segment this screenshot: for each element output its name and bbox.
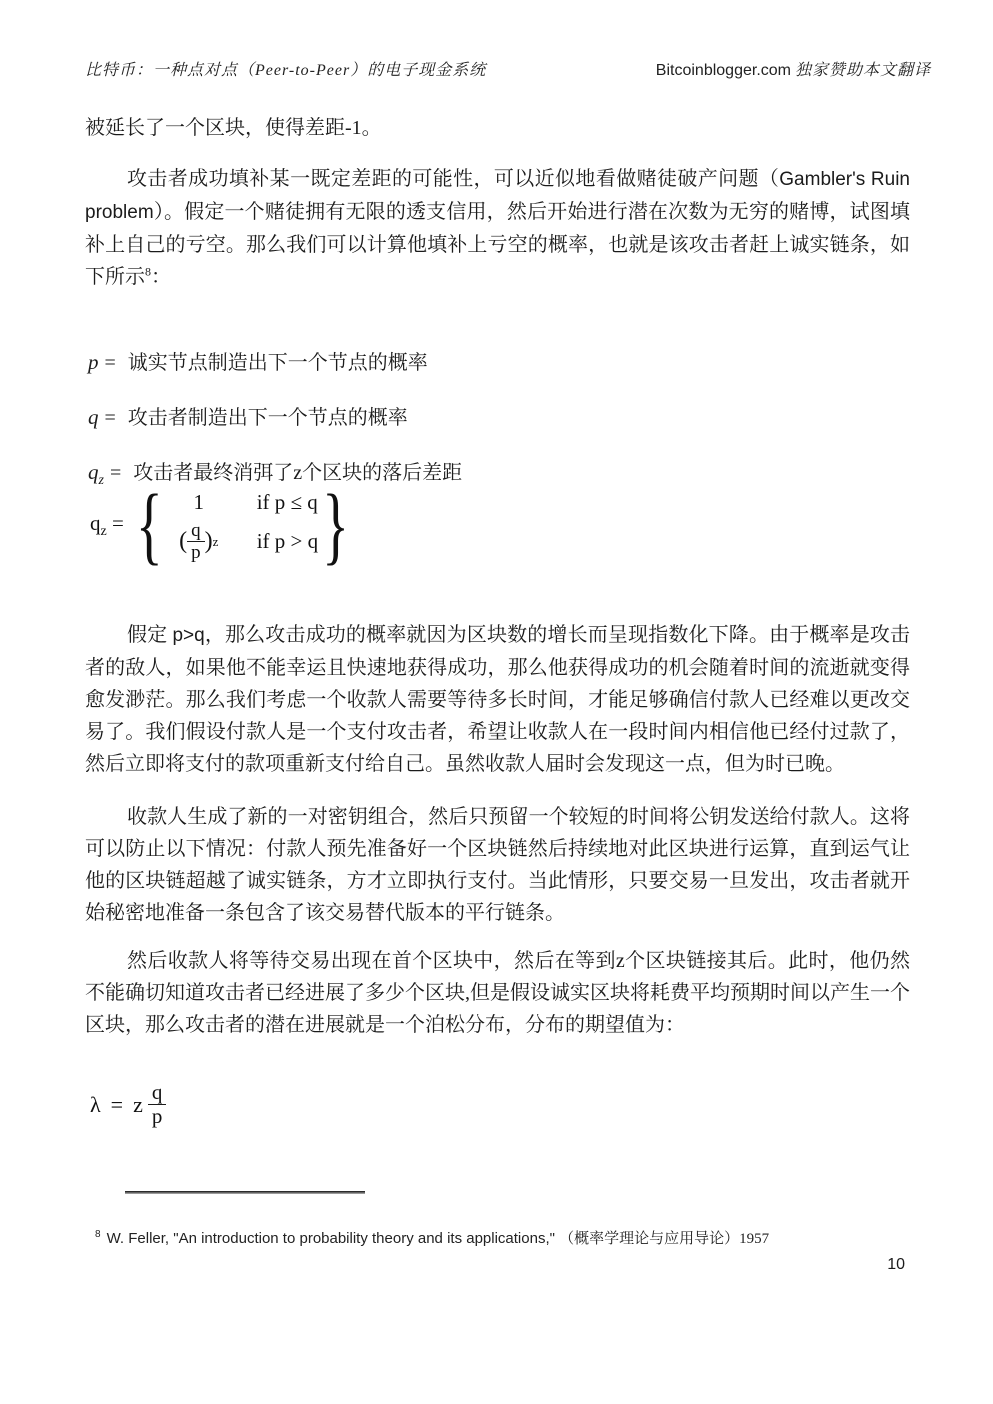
footnote-citation-en: W. Feller, "An introduction to probabili… bbox=[107, 1230, 555, 1247]
left-brace: { bbox=[134, 483, 165, 570]
open-paren: ( bbox=[179, 528, 187, 555]
fraction-numerator: q bbox=[187, 521, 205, 542]
case-1-value: 1 bbox=[167, 490, 231, 515]
footnote-separator bbox=[125, 1191, 365, 1194]
math-subscript-z: z bbox=[99, 473, 104, 488]
case-row-2: (qp)z if p > q bbox=[167, 521, 318, 562]
definition-qz-text: 攻击者最终消弭了z个区块的落后差距 bbox=[133, 462, 462, 484]
piecewise-lhs: qz = bbox=[90, 511, 124, 540]
paragraph-gamblers-ruin-zh2: ）。假定一个赌徒拥有无限的透支信用，然后开始进行潜在次数为无穷的赌博，试图填补上… bbox=[85, 201, 910, 288]
paragraph-gamblers-ruin-zh1: 攻击者成功填补某一既定差距的可能性，可以近似地看做赌徒破产问题（ bbox=[127, 168, 779, 190]
fraction-denominator: p bbox=[191, 542, 201, 562]
paragraph-gamblers-ruin: 攻击者成功填补某一既定差距的可能性，可以近似地看做赌徒破产问题（Gambler'… bbox=[85, 163, 910, 293]
page-header: 比特币：一种点对点（Peer-to-Peer）的电子现金系统 Bitcoinbl… bbox=[85, 60, 931, 82]
document-page: 比特币：一种点对点（Peer-to-Peer）的电子现金系统 Bitcoinbl… bbox=[0, 0, 993, 1404]
paragraph-exponential-zh1: 假定 bbox=[127, 624, 172, 646]
lambda-formula: λ = z qp bbox=[90, 1082, 166, 1127]
fraction-numerator: q bbox=[148, 1082, 167, 1105]
paragraph-recipient-keypair: 收款人生成了新的一对密钥组合，然后只预留一个较短的时间将公钥发送给付款人。这将可… bbox=[85, 801, 910, 929]
definition-p-text: 诚实节点制造出下一个节点的概率 bbox=[128, 352, 428, 374]
definition-p: p=诚实节点制造出下一个节点的概率 bbox=[88, 350, 462, 383]
paragraph-gamblers-ruin-tail: ： bbox=[151, 266, 171, 288]
header-sponsor-text: 独家赞助本文翻译 bbox=[795, 62, 931, 79]
math-symbol-p: p bbox=[88, 350, 99, 374]
page-number: 10 bbox=[887, 1256, 905, 1274]
right-brace: } bbox=[320, 483, 351, 570]
paragraph-exponential-decline: 假定 p>q，那么攻击成功的概率就因为区块数的增长而呈现指数化下降。由于概率是攻… bbox=[85, 619, 910, 780]
math-subscript-z: z bbox=[101, 525, 107, 540]
paragraph-exponential-zh2: ，那么攻击成功的概率就因为区块数的增长而呈现指数化下降。由于概率是攻击者的敌人，… bbox=[85, 624, 910, 775]
equals-sign: = bbox=[110, 462, 121, 484]
footnote-citation-zh: （概率学理论与应用导论）1957 bbox=[559, 1231, 769, 1247]
case-2-condition: if p > q bbox=[257, 529, 318, 554]
case-2-value: (qp)z bbox=[167, 521, 231, 562]
fraction-denominator: p bbox=[152, 1105, 163, 1127]
footnote-8: 8W. Feller, "An introduction to probabil… bbox=[95, 1224, 908, 1250]
footnote-number: 8 bbox=[95, 1229, 101, 1240]
case-1-condition: if p ≤ q bbox=[257, 490, 318, 515]
piecewise-formula: qz = { 1 if p ≤ q (qp)z if p > q } bbox=[90, 490, 351, 562]
paragraph-continuation: 被延长了一个区块，使得差距-1。 bbox=[85, 112, 910, 144]
equals-sign: = bbox=[112, 511, 124, 535]
fraction-q-over-p: qp bbox=[148, 1082, 167, 1127]
header-sponsor: Bitcoinblogger.com 独家赞助本文翻译 bbox=[656, 60, 931, 82]
math-coefficient-z: z bbox=[133, 1092, 143, 1118]
math-symbol-lambda: λ bbox=[90, 1092, 101, 1118]
equals-sign: = bbox=[105, 407, 116, 429]
fraction-q-over-p: qp bbox=[187, 521, 205, 562]
definition-q-text: 攻击者制造出下一个节点的概率 bbox=[128, 407, 408, 429]
header-document-title: 比特币：一种点对点（Peer-to-Peer）的电子现金系统 bbox=[85, 60, 486, 82]
paragraph-wait-z-blocks: 然后收款人将等待交易出现在首个区块中，然后在等到z个区块链接其后。此时，他仍然不… bbox=[85, 945, 910, 1041]
math-symbol-qz: q bbox=[90, 511, 101, 535]
math-symbol-q: q bbox=[88, 405, 99, 429]
close-paren: ) bbox=[205, 528, 213, 555]
piecewise-cases: 1 if p ≤ q (qp)z if p > q bbox=[165, 490, 320, 562]
inline-math-p-gt-q: p>q bbox=[172, 625, 204, 646]
case-row-1: 1 if p ≤ q bbox=[167, 490, 318, 515]
math-symbol-qz: q bbox=[88, 460, 99, 484]
header-sponsor-site: Bitcoinblogger.com bbox=[656, 62, 791, 79]
definition-q: q=攻击者制造出下一个节点的概率 bbox=[88, 405, 462, 438]
equals-sign: = bbox=[111, 1092, 123, 1118]
equals-sign: = bbox=[105, 352, 116, 374]
